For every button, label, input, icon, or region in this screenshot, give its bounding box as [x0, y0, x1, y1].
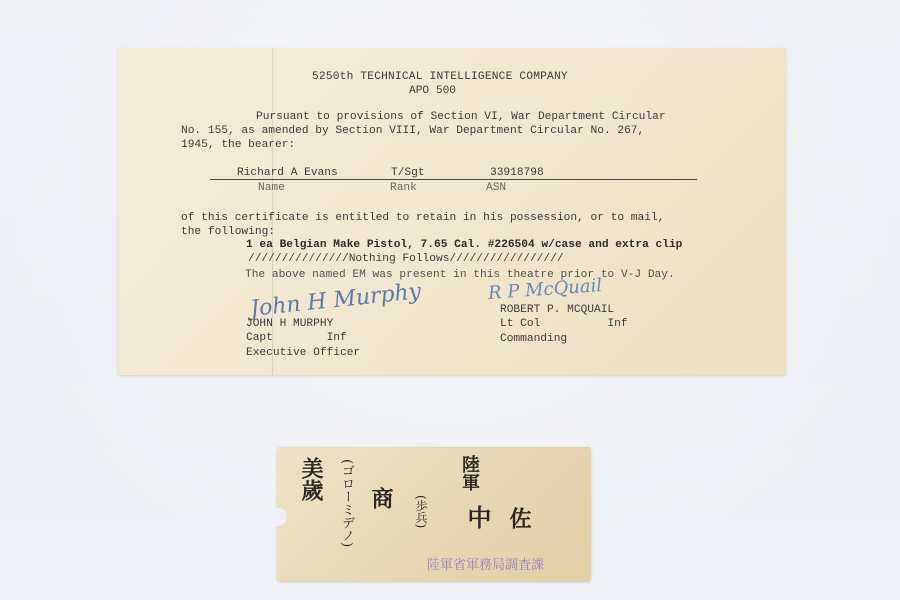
card-calligraphy-col3: 商 — [369, 487, 393, 509]
bearer-rank: T/Sgt — [391, 166, 425, 180]
item-description: 1 ea Belgian Make Pistol, 7.65 Cal. #226… — [246, 238, 682, 252]
authority-text-line1: Pursuant to provisions of Section VI, Wa… — [256, 110, 666, 124]
signature-mcquail: R P McQuail — [488, 279, 603, 301]
right-signatory-name: ROBERT P. MCQUAIL — [500, 303, 614, 317]
bearer-rule-line — [210, 179, 697, 180]
left-signatory-title: Executive Officer — [246, 346, 360, 360]
certificate-header: 5250th TECHNICAL INTELLIGENCE COMPANY — [312, 70, 568, 84]
bearer-asn: 33918798 — [490, 166, 544, 180]
card-calligraphy-col5: 中 — [465, 505, 489, 529]
authority-text-line2: No. 155, as amended by Section VIII, War… — [181, 124, 644, 138]
left-signatory-rank: Capt Inf — [246, 331, 347, 345]
japanese-name-card: 美歲 商 (ゴローミデノ) (歩兵) 陸軍 中 佐 陸軍省軍務局調査課 — [277, 447, 591, 581]
card-torn-notch — [275, 508, 287, 526]
left-signatory-name: JOHN H MURPHY — [246, 317, 333, 331]
nothing-follows-line: ///////////////Nothing Follows//////////… — [248, 252, 564, 266]
bearer-name: Richard A Evans — [237, 166, 338, 180]
card-calligraphy-col1: 美歲 — [299, 457, 323, 501]
name-label: Name — [258, 181, 285, 195]
card-calligraphy-col4: 陸軍 — [457, 455, 481, 491]
right-signatory-rank: Lt Col Inf — [500, 317, 628, 331]
certificate-apo: APO 500 — [409, 84, 456, 98]
card-calligraphy-col7: (歩兵) — [409, 495, 433, 528]
authority-text-line3: 1945, the bearer: — [181, 138, 295, 152]
asn-label: ASN — [486, 181, 506, 195]
card-calligraphy-col2: (ゴローミデノ) — [339, 459, 353, 547]
rank-label: Rank — [390, 181, 417, 195]
theatre-statement: The above named EM was present in this t… — [245, 268, 675, 282]
purple-ink-stamp: 陸軍省軍務局調査課 — [427, 554, 544, 573]
entitlement-text-line2: the following: — [181, 225, 275, 239]
right-signatory-title: Commanding — [500, 332, 567, 346]
card-calligraphy-col6: 佐 — [507, 507, 531, 529]
signature-murphy: John H Murphy — [250, 285, 422, 317]
entitlement-text-line1: of this certificate is entitled to retai… — [181, 211, 664, 225]
ownership-certificate: 5250th TECHNICAL INTELLIGENCE COMPANY AP… — [118, 48, 786, 375]
